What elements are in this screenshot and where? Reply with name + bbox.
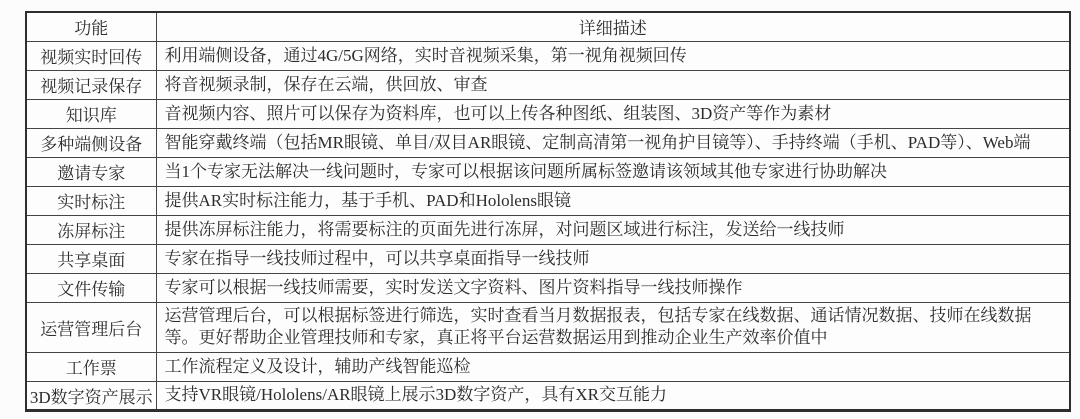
description-cell: 提供AR实时标注能力，基于手机、PAD和Hololens眼镜 bbox=[156, 186, 1070, 215]
table-row: 实时标注 提供AR实时标注能力，基于手机、PAD和Hololens眼镜 bbox=[26, 186, 1070, 215]
function-cell: 3D数字资产展示 bbox=[26, 381, 156, 410]
table-row: 冻屏标注 提供冻屏标注能力，将需要标注的页面先进行冻屏，对问题区域进行标注，发送… bbox=[26, 215, 1070, 244]
table-row: 多种端侧设备 智能穿戴终端（包括MR眼镜、单目/双目AR眼镜、定制高清第一视角护… bbox=[26, 128, 1070, 157]
function-cell: 文件传输 bbox=[26, 273, 156, 302]
table-row: 共享桌面 专家在指导一线技师过程中，可以共享桌面指导一线技师 bbox=[26, 244, 1070, 273]
function-cell: 邀请专家 bbox=[26, 157, 156, 186]
table-row: 3D数字资产展示 支持VR眼镜/Hololens/AR眼镜上展示3D数字资产，具… bbox=[26, 381, 1070, 410]
table-row: 邀请专家 当1个专家无法解决一线问题时，专家可以根据该问题所属标签邀请该领域其他… bbox=[26, 157, 1070, 186]
table-row: 文件传输 专家可以根据一线技师需要，实时发送文字资料、图片资料指导一线技师操作 bbox=[26, 273, 1070, 302]
description-cell: 支持VR眼镜/Hololens/AR眼镜上展示3D数字资产，具有XR交互能力 bbox=[156, 381, 1070, 410]
description-cell: 专家在指导一线技师过程中，可以共享桌面指导一线技师 bbox=[156, 244, 1070, 273]
function-column-header: 功能 bbox=[26, 12, 156, 41]
description-cell: 音视频内容、照片可以保存为资料库，也可以上传各种图纸、组装图、3D资产等作为素材 bbox=[156, 99, 1070, 128]
table-row: 视频实时回传 利用端侧设备，通过4G/5G网络，实时音视频采集，第一视角视频回传 bbox=[26, 41, 1070, 70]
description-cell: 当1个专家无法解决一线问题时，专家可以根据该问题所属标签邀请该领域其他专家进行协… bbox=[156, 157, 1070, 186]
function-cell: 冻屏标注 bbox=[26, 215, 156, 244]
function-cell: 视频记录保存 bbox=[26, 70, 156, 99]
feature-description-table: 功能 详细描述 视频实时回传 利用端侧设备，通过4G/5G网络，实时音视频采集，… bbox=[25, 11, 1071, 412]
table-row: 知识库 音视频内容、照片可以保存为资料库，也可以上传各种图纸、组装图、3D资产等… bbox=[26, 99, 1070, 128]
description-column-header: 详细描述 bbox=[156, 12, 1070, 41]
description-cell: 工作流程定义及设计，辅助产线智能巡检 bbox=[156, 352, 1070, 381]
function-cell: 多种端侧设备 bbox=[26, 128, 156, 157]
function-cell: 知识库 bbox=[26, 99, 156, 128]
description-cell: 利用端侧设备，通过4G/5G网络，实时音视频采集，第一视角视频回传 bbox=[156, 41, 1070, 70]
header-row: 功能 详细描述 bbox=[26, 12, 1070, 41]
description-cell: 智能穿戴终端（包括MR眼镜、单目/双目AR眼镜、定制高清第一视角护目镜等）、手持… bbox=[156, 128, 1070, 157]
table-row: 运营管理后台 运营管理后台，可以根据标签进行筛选，实时查看当月数据报表，包括专家… bbox=[26, 302, 1070, 352]
function-cell: 实时标注 bbox=[26, 186, 156, 215]
description-cell: 将音视频录制，保存在云端，供回放、审查 bbox=[156, 70, 1070, 99]
function-cell: 视频实时回传 bbox=[26, 41, 156, 70]
table-row: 工作票 工作流程定义及设计，辅助产线智能巡检 bbox=[26, 352, 1070, 381]
description-cell: 专家可以根据一线技师需要，实时发送文字资料、图片资料指导一线技师操作 bbox=[156, 273, 1070, 302]
table-row: 视频记录保存 将音视频录制，保存在云端，供回放、审查 bbox=[26, 70, 1070, 99]
function-cell: 工作票 bbox=[26, 352, 156, 381]
description-cell: 运营管理后台，可以根据标签进行筛选，实时查看当月数据报表，包括专家在线数据、通话… bbox=[156, 302, 1070, 352]
function-cell: 运营管理后台 bbox=[26, 302, 156, 352]
function-cell: 共享桌面 bbox=[26, 244, 156, 273]
description-cell: 提供冻屏标注能力，将需要标注的页面先进行冻屏，对问题区域进行标注，发送给一线技师 bbox=[156, 215, 1070, 244]
